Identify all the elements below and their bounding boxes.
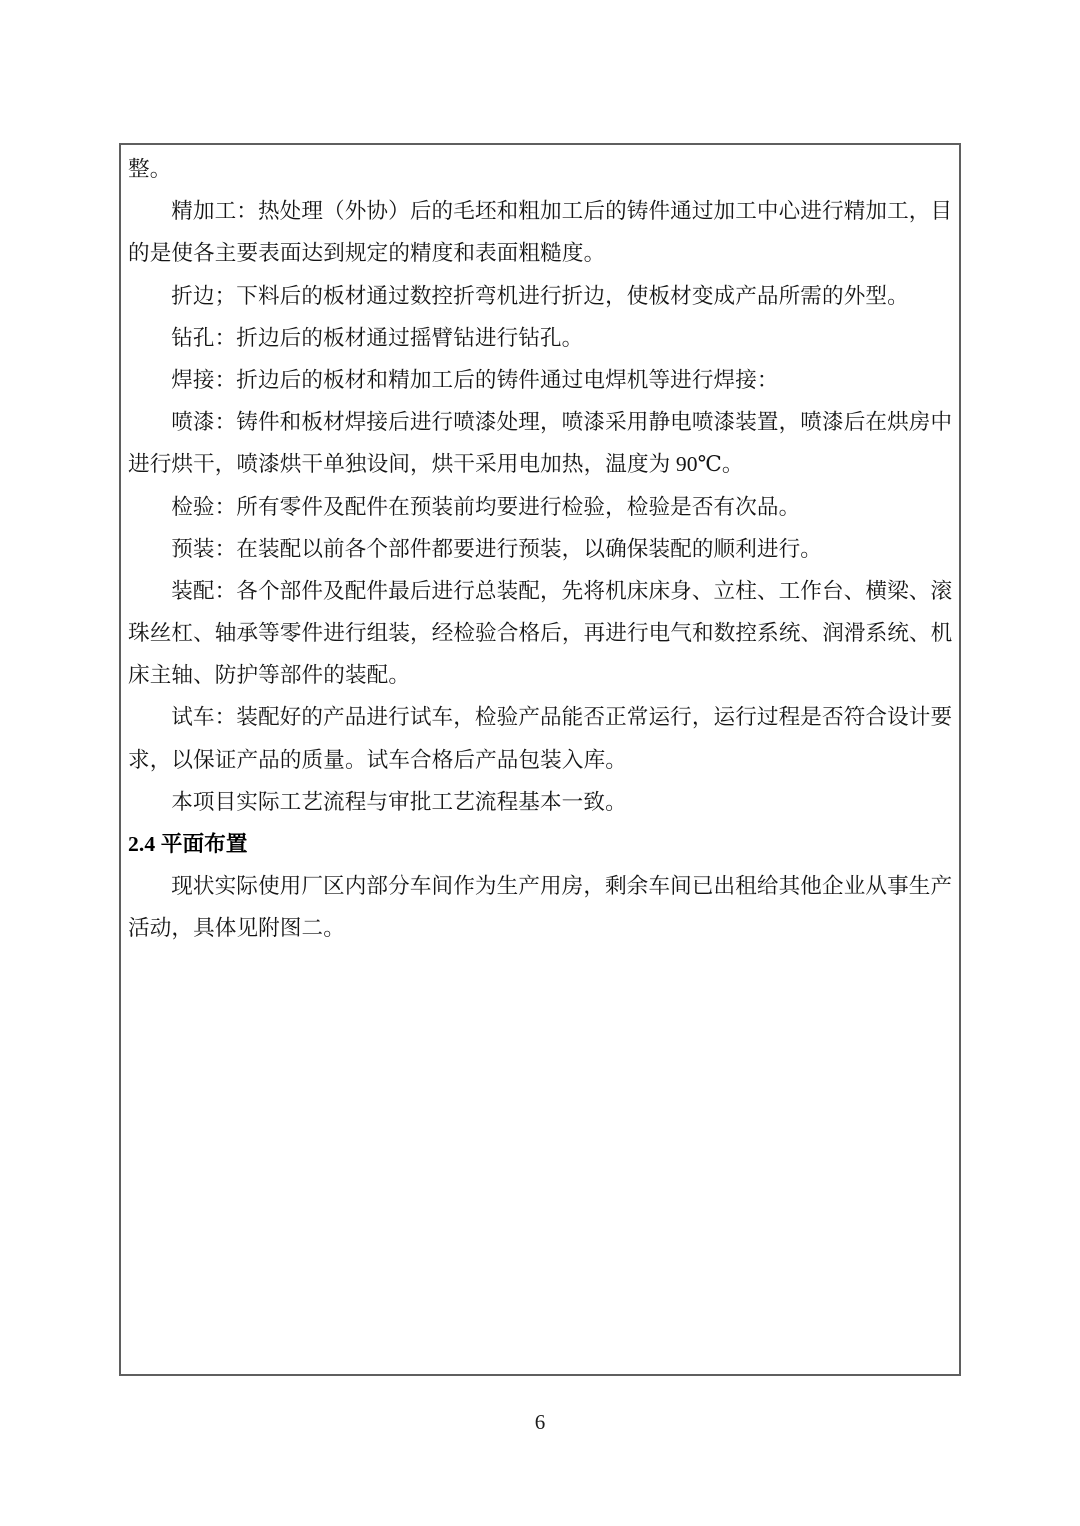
- text-line: 的是使各主要表面达到规定的精度和表面粗糙度。: [128, 232, 953, 274]
- text-line: 装配：各个部件及配件最后进行总装配，先将机床床身、立柱、工作台、横梁、滚: [128, 570, 953, 612]
- text-line: 本项目实际工艺流程与审批工艺流程基本一致。: [128, 781, 953, 823]
- text-line: 折边；下料后的板材通过数控折弯机进行折边，使板材变成产品所需的外型。: [128, 275, 953, 317]
- text-line: 精加工：热处理（外协）后的毛坯和粗加工后的铸件通过加工中心进行精加工，目: [128, 190, 953, 232]
- text-line: 喷漆：铸件和板材焊接后进行喷漆处理，喷漆采用静电喷漆装置，喷漆后在烘房中: [128, 401, 953, 443]
- text-line: 整。: [128, 148, 953, 190]
- text-line: 现状实际使用厂区内部分车间作为生产用房，剩余车间已出租给其他企业从事生产: [128, 865, 953, 907]
- text-line: 床主轴、防护等部件的装配。: [128, 654, 953, 696]
- text-line: 珠丝杠、轴承等零件进行组装，经检验合格后，再进行电气和数控系统、润滑系统、机: [128, 612, 953, 654]
- text-line: 预装：在装配以前各个部件都要进行预装，以确保装配的顺利进行。: [128, 528, 953, 570]
- text-line: 检验：所有零件及配件在预装前均要进行检验，检验是否有次品。: [128, 486, 953, 528]
- section-heading-2-4: 2.4 平面布置: [128, 823, 953, 865]
- page-number: 6: [0, 1407, 1080, 1437]
- text-line: 焊接：折边后的板材和精加工后的铸件通过电焊机等进行焊接：: [128, 359, 953, 401]
- text-line: 求，以保证产品的质量。试车合格后产品包装入库。: [128, 739, 953, 781]
- text-line: 活动，具体见附图二。: [128, 907, 953, 949]
- text-line: 钻孔：折边后的板材通过摇臂钻进行钻孔。: [128, 317, 953, 359]
- text-line: 进行烘干，喷漆烘干单独设间，烘干采用电加热，温度为 90℃。: [128, 443, 953, 485]
- content-border-box: 整。 精加工：热处理（外协）后的毛坯和粗加工后的铸件通过加工中心进行精加工，目 …: [119, 143, 961, 1376]
- text-line: 试车：装配好的产品进行试车，检验产品能否正常运行，运行过程是否符合设计要: [128, 696, 953, 738]
